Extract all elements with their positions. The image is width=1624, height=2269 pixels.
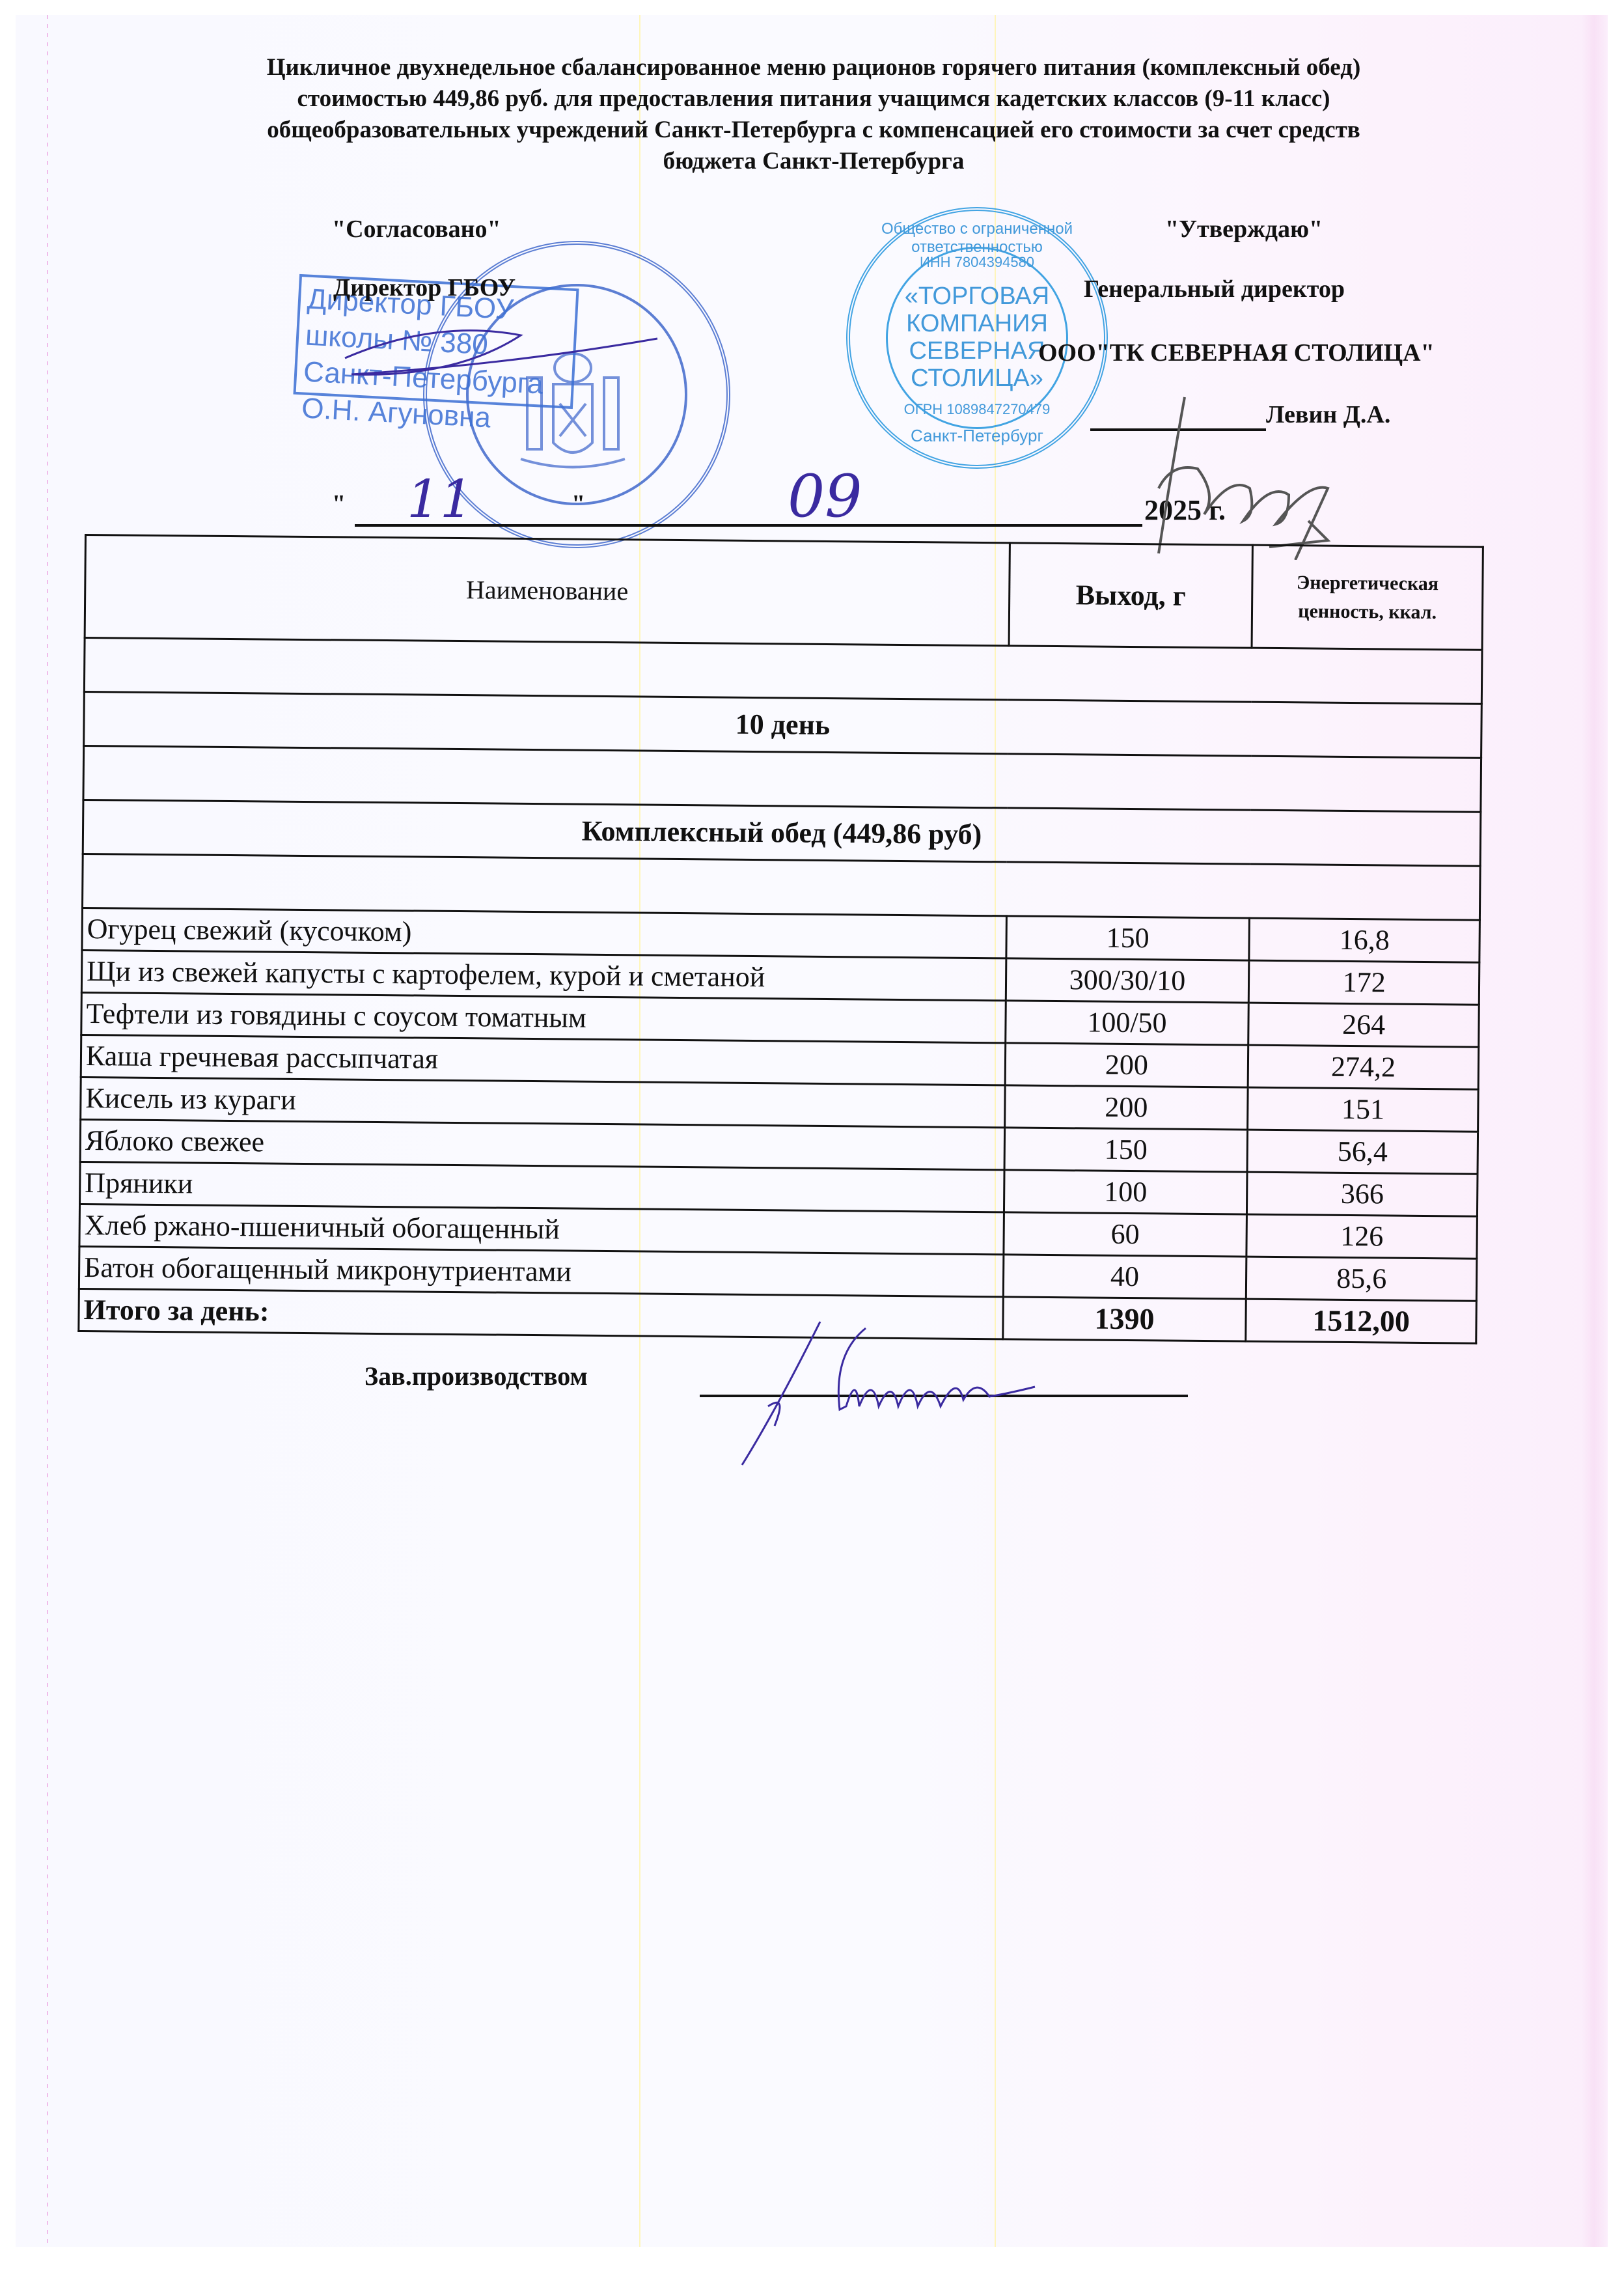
item-energy: 172 <box>1249 960 1479 1005</box>
item-energy: 366 <box>1247 1172 1478 1216</box>
date-open-quote: " <box>332 490 346 518</box>
item-name: Пряники <box>80 1162 1004 1212</box>
date-month-handwritten: 09 <box>788 462 862 531</box>
stamp-inn: ИНН 7804394580 <box>850 254 1104 271</box>
item-output: 200 <box>1005 1043 1248 1087</box>
approved-position: Генеральный директор <box>1084 275 1345 303</box>
item-energy: 274,2 <box>1248 1045 1478 1089</box>
item-name: Хлеб ржано-пшеничный обогащенный <box>79 1204 1004 1254</box>
title-line: стоимостью 449,86 руб. для предоставлени… <box>130 83 1497 115</box>
production-manager-signature-icon <box>716 1315 1341 1471</box>
production-manager-label: Зав.производством <box>365 1361 588 1391</box>
item-energy: 85,6 <box>1246 1257 1477 1301</box>
menu-table: Наименование Выход, г Энергетическая цен… <box>77 534 1484 1344</box>
company-round-stamp: Общество с ограниченной ответственностью… <box>846 207 1108 469</box>
stamp-ogrn: ОГРН 1089847270479 <box>850 401 1104 418</box>
item-energy: 151 <box>1248 1087 1478 1132</box>
item-energy: 264 <box>1248 1003 1479 1047</box>
item-output: 100 <box>1004 1170 1247 1214</box>
item-output: 60 <box>1004 1212 1247 1257</box>
item-name: Кисель из кураги <box>81 1077 1005 1127</box>
document-title: Цикличное двухнедельное сбалансированное… <box>130 52 1497 177</box>
stamp-center-line: КОМПАНИЯ <box>850 310 1104 337</box>
date-close-quote: " <box>571 490 585 518</box>
approved-company: ООО"ТК СЕВЕРНАЯ СТОЛИЦА" <box>1038 339 1435 367</box>
title-line: Цикличное двухнедельное сбалансированное… <box>130 52 1497 83</box>
scan-artifact-stripe <box>1581 15 1607 2247</box>
scan-artifact-stripe <box>47 15 48 2247</box>
item-name: Щи из свежей капусты с картофелем, курой… <box>81 950 1006 1000</box>
stamp-center-line: «ТОРГОВАЯ <box>850 283 1104 310</box>
item-energy: 56,4 <box>1247 1130 1478 1174</box>
stamp-center-text: «ТОРГОВАЯ КОМПАНИЯ СЕВЕРНАЯ СТОЛИЦА» <box>850 283 1104 392</box>
item-output: 300/30/10 <box>1006 958 1249 1003</box>
school-director-signature-icon <box>338 319 664 391</box>
item-energy: 126 <box>1246 1214 1477 1259</box>
item-output: 200 <box>1004 1085 1248 1130</box>
table-header-row: Наименование Выход, г Энергетическая цен… <box>85 535 1483 650</box>
stamp-center-line: СТОЛИЦА» <box>850 365 1104 392</box>
director-signature-icon <box>1133 391 1367 560</box>
title-line: общеобразовательных учреждений Санкт-Пет… <box>130 115 1497 146</box>
item-output: 40 <box>1003 1255 1246 1299</box>
header-output: Выход, г <box>1009 543 1253 648</box>
item-output: 150 <box>1004 1128 1248 1172</box>
menu-items: Огурец свежий (кусочком)15016,8Щи из све… <box>79 908 1479 1301</box>
date-day-handwritten: 11 <box>407 469 473 529</box>
item-energy: 16,8 <box>1249 918 1479 962</box>
header-energy: Энергетическая ценность, ккал. <box>1252 545 1483 650</box>
item-output: 100/50 <box>1005 1001 1248 1045</box>
item-name: Тефтели из говядины с соусом томатным <box>81 992 1006 1042</box>
item-name: Огурец свежий (кусочком) <box>82 908 1006 958</box>
item-name: Каша гречневая рассыпчатая <box>81 1035 1005 1085</box>
agreed-heading: "Согласовано" <box>332 215 501 244</box>
agreed-position: Директор ГБОУ <box>333 273 516 302</box>
stamp-city: Санкт-Петербург <box>850 426 1104 446</box>
approved-heading: "Утверждаю" <box>1165 215 1323 244</box>
item-output: 150 <box>1006 916 1250 960</box>
item-name: Батон обогащенный микронутриентами <box>79 1246 1003 1296</box>
stamp-ring-text: Общество с ограниченной ответственностью <box>850 220 1104 257</box>
title-line: бюджета Санкт-Петербурга <box>130 146 1497 177</box>
header-name: Наименование <box>85 535 1010 646</box>
item-name: Яблоко свежее <box>80 1119 1004 1169</box>
